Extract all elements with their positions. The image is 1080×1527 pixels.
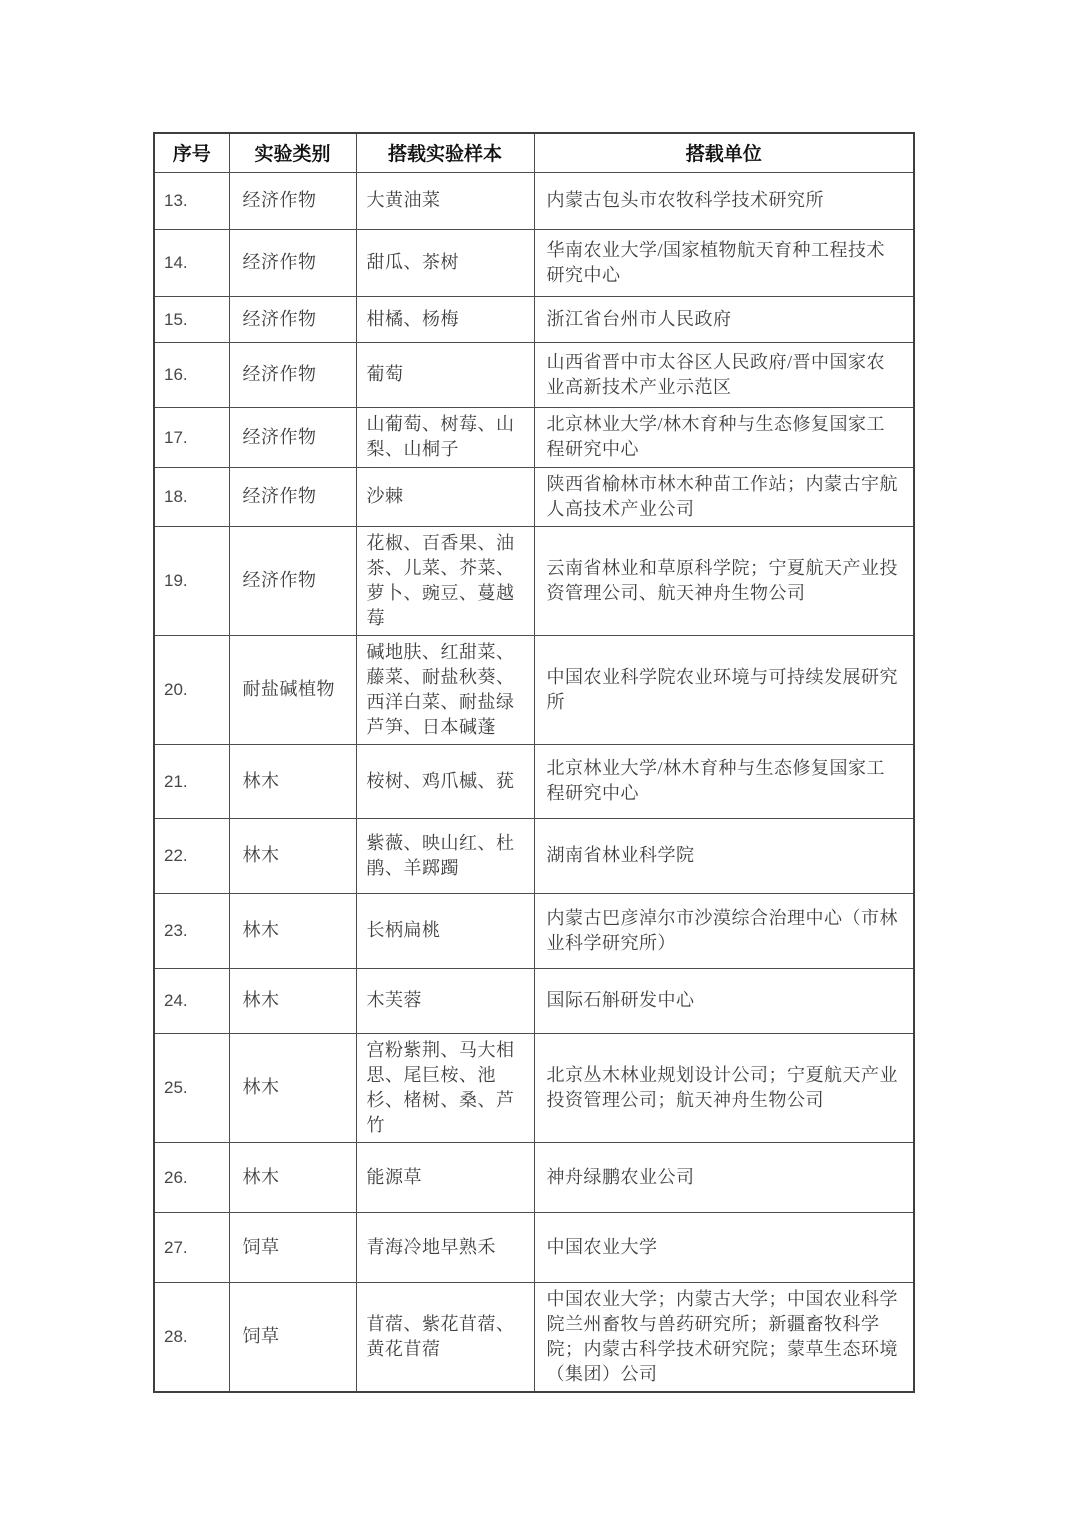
category-cell: 经济作物 xyxy=(229,407,356,467)
category-cell: 经济作物 xyxy=(229,526,356,635)
header-serial-number: 序号 xyxy=(154,133,229,172)
row-number-cell: 13. xyxy=(154,172,229,229)
payload-experiment-table: 序号 实验类别 搭载实验样本 搭载单位 13. 经济作物 大黄油菜 内蒙古包头市… xyxy=(153,132,915,1393)
samples-cell: 桉树、鸡爪槭、莸 xyxy=(356,744,534,818)
samples-cell: 甜瓜、茶树 xyxy=(356,229,534,296)
category-cell: 耐盐碱植物 xyxy=(229,635,356,744)
organization-cell: 国际石斛研发中心 xyxy=(534,968,914,1033)
category-cell: 林木 xyxy=(229,1142,356,1212)
table-row: 18. 经济作物 沙棘 陕西省榆林市林木种苗工作站；内蒙古宇航人高技术产业公司 xyxy=(154,467,914,526)
category-cell: 饲草 xyxy=(229,1282,356,1392)
row-number-cell: 19. xyxy=(154,526,229,635)
samples-cell: 山葡萄、树莓、山梨、山桐子 xyxy=(356,407,534,467)
row-number-cell: 27. xyxy=(154,1212,229,1282)
document-page: 序号 实验类别 搭载实验样本 搭载单位 13. 经济作物 大黄油菜 内蒙古包头市… xyxy=(0,0,1080,1527)
samples-cell: 紫薇、映山红、杜鹃、羊踯躅 xyxy=(356,818,534,893)
table-row: 28. 饲草 苜蓿、紫花苜蓿、黄花苜蓿 中国农业大学；内蒙古大学；中国农业科学院… xyxy=(154,1282,914,1392)
category-cell: 经济作物 xyxy=(229,467,356,526)
samples-cell: 长柄扁桃 xyxy=(356,893,534,968)
header-row: 序号 实验类别 搭载实验样本 搭载单位 xyxy=(154,133,914,172)
samples-cell: 能源草 xyxy=(356,1142,534,1212)
organization-cell: 湖南省林业科学院 xyxy=(534,818,914,893)
category-cell: 经济作物 xyxy=(229,172,356,229)
samples-cell: 碱地肤、红甜菜、藤菜、耐盐秋葵、西洋白菜、耐盐绿芦笋、日本碱蓬 xyxy=(356,635,534,744)
samples-cell: 青海冷地早熟禾 xyxy=(356,1212,534,1282)
category-cell: 林木 xyxy=(229,968,356,1033)
table-row: 17. 经济作物 山葡萄、树莓、山梨、山桐子 北京林业大学/林木育种与生态修复国… xyxy=(154,407,914,467)
organization-cell: 中国农业大学 xyxy=(534,1212,914,1282)
samples-cell: 大黄油菜 xyxy=(356,172,534,229)
table-row: 14. 经济作物 甜瓜、茶树 华南农业大学/国家植物航天育种工程技术研究中心 xyxy=(154,229,914,296)
row-number-cell: 17. xyxy=(154,407,229,467)
table-row: 25. 林木 宫粉紫荆、马大相思、尾巨桉、池杉、楮树、桑、芦竹 北京丛木林业规划… xyxy=(154,1033,914,1142)
samples-cell: 柑橘、杨梅 xyxy=(356,296,534,342)
row-number-cell: 21. xyxy=(154,744,229,818)
table-row: 20. 耐盐碱植物 碱地肤、红甜菜、藤菜、耐盐秋葵、西洋白菜、耐盐绿芦笋、日本碱… xyxy=(154,635,914,744)
organization-cell: 北京林业大学/林木育种与生态修复国家工程研究中心 xyxy=(534,744,914,818)
table-row: 13. 经济作物 大黄油菜 内蒙古包头市农牧科学技术研究所 xyxy=(154,172,914,229)
table-row: 21. 林木 桉树、鸡爪槭、莸 北京林业大学/林木育种与生态修复国家工程研究中心 xyxy=(154,744,914,818)
row-number-cell: 14. xyxy=(154,229,229,296)
samples-cell: 木芙蓉 xyxy=(356,968,534,1033)
table-body: 13. 经济作物 大黄油菜 内蒙古包头市农牧科学技术研究所 14. 经济作物 甜… xyxy=(154,172,914,1392)
samples-cell: 宫粉紫荆、马大相思、尾巨桉、池杉、楮树、桑、芦竹 xyxy=(356,1033,534,1142)
organization-cell: 神舟绿鹏农业公司 xyxy=(534,1142,914,1212)
category-cell: 林木 xyxy=(229,893,356,968)
organization-cell: 内蒙古包头市农牧科学技术研究所 xyxy=(534,172,914,229)
category-cell: 林木 xyxy=(229,1033,356,1142)
category-cell: 林木 xyxy=(229,744,356,818)
samples-cell: 苜蓿、紫花苜蓿、黄花苜蓿 xyxy=(356,1282,534,1392)
organization-cell: 浙江省台州市人民政府 xyxy=(534,296,914,342)
samples-cell: 葡萄 xyxy=(356,342,534,407)
organization-cell: 北京丛木林业规划设计公司；宁夏航天产业投资管理公司；航天神舟生物公司 xyxy=(534,1033,914,1142)
table-row: 26. 林木 能源草 神舟绿鹏农业公司 xyxy=(154,1142,914,1212)
category-cell: 经济作物 xyxy=(229,296,356,342)
organization-cell: 内蒙古巴彦淖尔市沙漠综合治理中心（市林业科学研究所） xyxy=(534,893,914,968)
row-number-cell: 26. xyxy=(154,1142,229,1212)
row-number-cell: 16. xyxy=(154,342,229,407)
samples-cell: 花椒、百香果、油茶、儿菜、芥菜、萝卜、豌豆、蔓越莓 xyxy=(356,526,534,635)
category-cell: 经济作物 xyxy=(229,342,356,407)
header-experiment-category: 实验类别 xyxy=(229,133,356,172)
table-row: 15. 经济作物 柑橘、杨梅 浙江省台州市人民政府 xyxy=(154,296,914,342)
header-carried-samples: 搭载实验样本 xyxy=(356,133,534,172)
row-number-cell: 18. xyxy=(154,467,229,526)
organization-cell: 陕西省榆林市林木种苗工作站；内蒙古宇航人高技术产业公司 xyxy=(534,467,914,526)
table-header: 序号 实验类别 搭载实验样本 搭载单位 xyxy=(154,133,914,172)
row-number-cell: 15. xyxy=(154,296,229,342)
table-row: 16. 经济作物 葡萄 山西省晋中市太谷区人民政府/晋中国家农业高新技术产业示范… xyxy=(154,342,914,407)
category-cell: 林木 xyxy=(229,818,356,893)
organization-cell: 北京林业大学/林木育种与生态修复国家工程研究中心 xyxy=(534,407,914,467)
row-number-cell: 28. xyxy=(154,1282,229,1392)
organization-cell: 华南农业大学/国家植物航天育种工程技术研究中心 xyxy=(534,229,914,296)
organization-cell: 云南省林业和草原科学院；宁夏航天产业投资管理公司、航天神舟生物公司 xyxy=(534,526,914,635)
row-number-cell: 22. xyxy=(154,818,229,893)
samples-cell: 沙棘 xyxy=(356,467,534,526)
table-row: 22. 林木 紫薇、映山红、杜鹃、羊踯躅 湖南省林业科学院 xyxy=(154,818,914,893)
row-number-cell: 24. xyxy=(154,968,229,1033)
organization-cell: 中国农业大学；内蒙古大学；中国农业科学院兰州畜牧与兽药研究所；新疆畜牧科学院；内… xyxy=(534,1282,914,1392)
organization-cell: 山西省晋中市太谷区人民政府/晋中国家农业高新技术产业示范区 xyxy=(534,342,914,407)
table-row: 24. 林木 木芙蓉 国际石斛研发中心 xyxy=(154,968,914,1033)
row-number-cell: 25. xyxy=(154,1033,229,1142)
row-number-cell: 20. xyxy=(154,635,229,744)
row-number-cell: 23. xyxy=(154,893,229,968)
table-row: 19. 经济作物 花椒、百香果、油茶、儿菜、芥菜、萝卜、豌豆、蔓越莓 云南省林业… xyxy=(154,526,914,635)
header-carrying-organization: 搭载单位 xyxy=(534,133,914,172)
category-cell: 饲草 xyxy=(229,1212,356,1282)
organization-cell: 中国农业科学院农业环境与可持续发展研究所 xyxy=(534,635,914,744)
category-cell: 经济作物 xyxy=(229,229,356,296)
table-row: 23. 林木 长柄扁桃 内蒙古巴彦淖尔市沙漠综合治理中心（市林业科学研究所） xyxy=(154,893,914,968)
table-row: 27. 饲草 青海冷地早熟禾 中国农业大学 xyxy=(154,1212,914,1282)
